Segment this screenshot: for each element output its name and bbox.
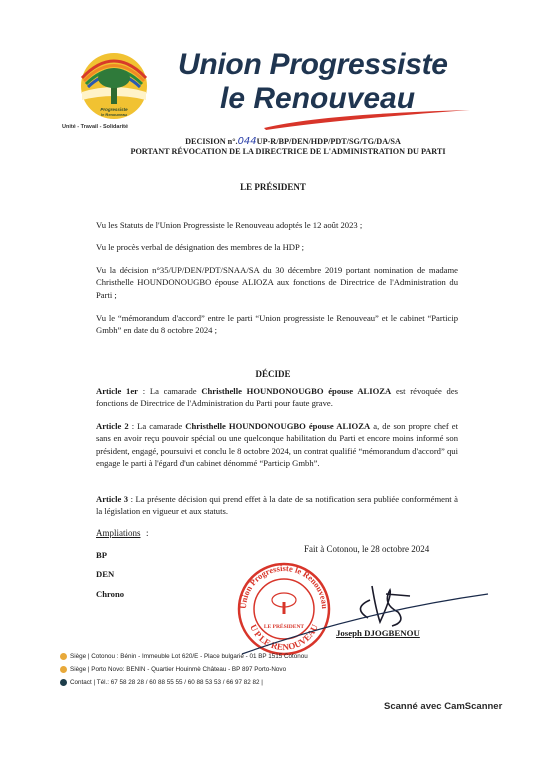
consideration-4: Vu le “mémorandum d'accord” entre le par… (96, 312, 458, 337)
org-name-line1: Union Progressiste (178, 48, 448, 82)
footer-address-cotonou: Siège | Cotonou : Bénin - Immeuble Lot 6… (60, 653, 308, 660)
location-dot-icon (60, 666, 67, 673)
consideration-3: Vu la décision n°35/UP/DEN/PDT/SNAA/SA d… (96, 264, 458, 301)
party-logo: Progressiste le Renouveau (76, 48, 152, 120)
place-date: Fait à Cotonou, le 28 octobre 2024 (304, 544, 429, 554)
president-heading: LE PRÉSIDENT (0, 182, 546, 192)
handwritten-signature (240, 560, 490, 660)
footer-contact: Contact | Tél.: 67 58 28 28 / 60 88 55 5… (60, 679, 263, 686)
article-2: Article 2 : La camarade Christhelle HOUN… (96, 420, 458, 470)
decide-heading: DÉCIDE (0, 369, 546, 379)
location-dot-icon (60, 653, 67, 660)
ampliations-label: Ampliations (96, 528, 141, 538)
handwritten-number: 044 (238, 136, 257, 147)
red-swoosh-decoration (262, 108, 472, 130)
article-3: Article 3 : La présente décision qui pre… (96, 493, 458, 518)
ampliation-item: BP (96, 550, 107, 560)
contact-dot-icon (60, 679, 67, 686)
footer-address-porto-novo: Siège | Porto Novo: BENIN - Quartier Hou… (60, 666, 286, 673)
article-1: Article 1er : La camarade Christhelle HO… (96, 385, 458, 410)
consideration-1: Vu les Statuts de l'Union Progressiste l… (96, 219, 458, 231)
signatory-name: Joseph DJOGBENOU (336, 628, 420, 638)
party-motto: Unité - Travail - Solidarité (62, 124, 128, 130)
decision-number: DECISION n°.044UP-R/BP/DEN/HDP/PDT/SG/TG… (0, 136, 546, 147)
svg-text:le Renouveau: le Renouveau (101, 112, 128, 117)
decision-title: PORTANT RÉVOCATION DE LA DIRECTRICE DE L… (0, 147, 546, 156)
ampliation-item: Chrono (96, 589, 124, 599)
consideration-2: Vu le procès verbal de désignation des m… (96, 241, 458, 253)
scanner-watermark: Scanné avec CamScanner (384, 701, 502, 712)
ampliation-item: DEN (96, 569, 114, 579)
ampliations-colon: : (146, 528, 149, 538)
